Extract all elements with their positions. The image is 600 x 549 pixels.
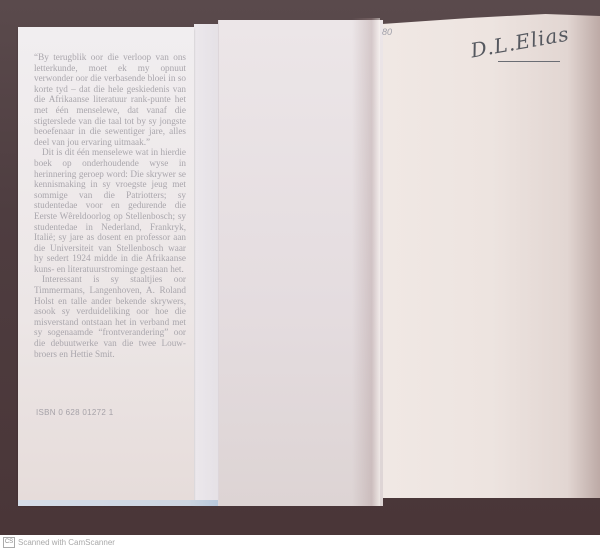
scanner-watermark: Scanned with CamScanner	[18, 538, 115, 547]
isbn: ISBN 0 628 01272 1	[36, 408, 113, 417]
blurb-paragraph: Dit is dit één menselewe wat in hierdie …	[34, 147, 186, 274]
right-page	[382, 14, 600, 498]
scanner-footer: CS Scanned with CamScanner	[0, 535, 600, 549]
camscanner-logo-icon: CS	[3, 537, 15, 548]
jacket-flap-edge	[18, 500, 218, 506]
dust-jacket-strip	[194, 24, 218, 504]
book-photo: “By terugblik oor die verloop van ons le…	[0, 0, 600, 535]
flap-blurb: “By terugblik oor die verloop van ons le…	[34, 52, 186, 359]
blurb-paragraph: “By terugblik oor die verloop van ons le…	[34, 52, 186, 147]
signature-underline	[498, 61, 560, 62]
blurb-paragraph: Interessant is sy staaltjies oor Timmerm…	[34, 274, 186, 359]
page-number: 80	[382, 27, 392, 37]
spine-shadow	[352, 18, 380, 506]
